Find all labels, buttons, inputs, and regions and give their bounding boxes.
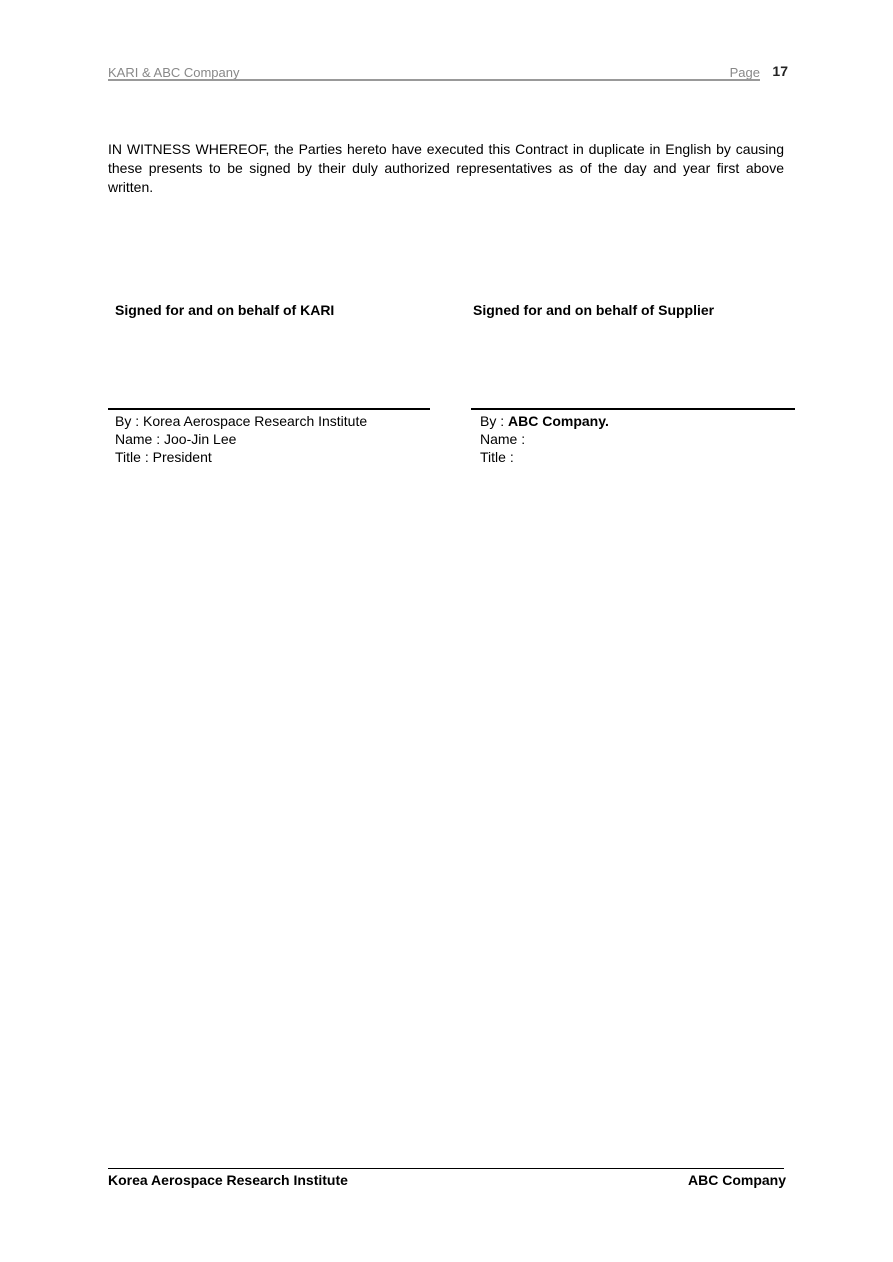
footer-rule	[108, 1168, 784, 1169]
signature-line-kari	[108, 408, 430, 410]
signatory-org: ABC Company.	[508, 413, 609, 429]
signatory-name: Name :	[480, 430, 609, 448]
signatory-title: Title :	[480, 448, 609, 466]
signatory-name: Name : Joo-Jin Lee	[115, 430, 367, 448]
signature-fields-kari: By : Korea Aerospace Research Institute …	[115, 412, 367, 466]
signature-block-kari: Signed for and on behalf of KARI By : Ko…	[108, 302, 430, 318]
witness-paragraph: IN WITNESS WHEREOF, the Parties hereto h…	[108, 140, 784, 197]
header-page-number: 17	[772, 63, 788, 79]
header-page-label: Page	[730, 65, 760, 80]
signature-heading-supplier: Signed for and on behalf of Supplier	[473, 302, 795, 318]
signatory-by: By : ABC Company.	[480, 412, 609, 430]
footer-left-text: Korea Aerospace Research Institute	[108, 1172, 348, 1188]
signatory-org: Korea Aerospace Research Institute	[143, 413, 367, 429]
page-footer: Korea Aerospace Research Institute ABC C…	[108, 1168, 786, 1169]
signatory-title: Title : President	[115, 448, 367, 466]
signature-line-supplier	[471, 408, 795, 410]
signature-heading-kari: Signed for and on behalf of KARI	[115, 302, 430, 318]
signature-block-supplier: Signed for and on behalf of Supplier By …	[471, 302, 795, 318]
header-title: KARI & ABC Company	[108, 65, 240, 80]
header-rule	[108, 79, 760, 81]
signature-fields-supplier: By : ABC Company. Name : Title :	[480, 412, 609, 466]
footer-right-text: ABC Company	[688, 1172, 786, 1188]
signatory-by: By : Korea Aerospace Research Institute	[115, 412, 367, 430]
page-header: KARI & ABC Company Page 17	[108, 63, 786, 81]
